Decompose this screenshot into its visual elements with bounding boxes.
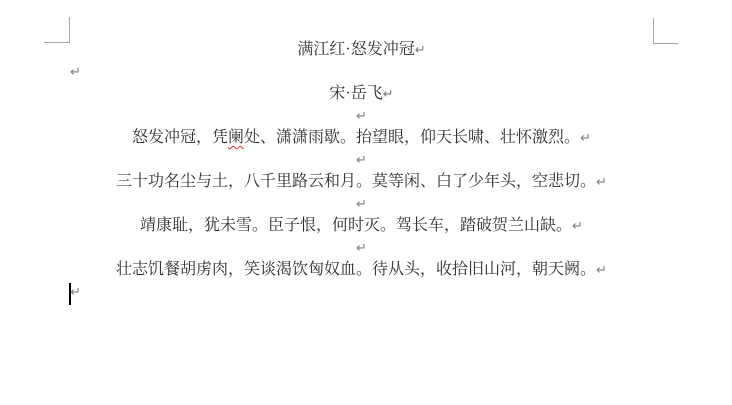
paragraph-mark-icon: ↵ [580, 131, 591, 146]
stanza1-text-post: 处、潇潇雨歇。抬望眼，仰天长啸、壮怀激烈。 [244, 129, 580, 146]
paragraph-mark-icon: ↵ [415, 43, 426, 58]
empty-paragraph[interactable]: ↵ [70, 237, 653, 259]
paragraph-mark-icon: ↵ [70, 65, 81, 80]
paragraph-mark-icon: ↵ [356, 241, 367, 256]
stanza1-text-pre: 怒发冲冠，凭 [132, 129, 228, 146]
paragraph-mark-icon: ↵ [356, 109, 367, 124]
paragraph-mark-icon: ↵ [383, 87, 394, 102]
title-paragraph[interactable]: 满江红·怒发冲冠↵ [70, 39, 653, 61]
empty-paragraph[interactable]: ↵ [70, 193, 653, 215]
stanza4-text: 壮志饥餐胡虏肉，笑谈渴饮匈奴血。待从头，收拾旧山河，朝天阙。 [116, 261, 596, 278]
paragraph-mark-icon: ↵ [596, 175, 607, 190]
paragraph-mark-icon: ↵ [356, 153, 367, 168]
text-boundary-mark-top-left-icon [44, 17, 70, 43]
document-text-area[interactable]: 满江红·怒发冲冠↵ ↵ 宋·岳飞↵ ↵ 怒发冲冠，凭阑处、潇潇雨歇。抬望眼，仰天… [70, 39, 653, 303]
stanza3-paragraph[interactable]: 靖康耻，犹未雪。臣子恨，何时灭。驾长车，踏破贺兰山缺。↵ [70, 215, 653, 237]
stanza1-paragraph[interactable]: 怒发冲冠，凭阑处、潇潇雨歇。抬望眼，仰天长啸、壮怀激烈。↵ [70, 127, 653, 149]
empty-paragraph[interactable]: ↵ [70, 105, 653, 127]
paragraph-mark-icon: ↵ [356, 197, 367, 212]
text-boundary-mark-top-right-icon [653, 18, 678, 44]
word-document-page: 满江红·怒发冲冠↵ ↵ 宋·岳飞↵ ↵ 怒发冲冠，凭阑处、潇潇雨歇。抬望眼，仰天… [0, 0, 732, 405]
stanza4-paragraph[interactable]: 壮志饥餐胡虏肉，笑谈渴饮匈奴血。待从头，收拾旧山河，朝天阙。↵ [70, 259, 653, 281]
stanza2-text: 三十功名尘与土，八千里路云和月。莫等闲、白了少年头，空悲切。 [116, 173, 596, 190]
document-author: 宋·岳飞 [329, 85, 382, 102]
author-paragraph[interactable]: 宋·岳飞↵ [70, 83, 653, 105]
empty-paragraph[interactable]: ↵ [70, 61, 653, 83]
stanza3-text: 靖康耻，犹未雪。臣子恨，何时灭。驾长车，踏破贺兰山缺。 [140, 217, 572, 234]
stanza2-paragraph[interactable]: 三十功名尘与土，八千里路云和月。莫等闲、白了少年头，空悲切。↵ [70, 171, 653, 193]
paragraph-mark-icon: ↵ [596, 263, 607, 278]
empty-paragraph[interactable]: ↵ [70, 149, 653, 171]
empty-paragraph-with-cursor[interactable]: ↵ [70, 281, 653, 303]
paragraph-mark-icon: ↵ [572, 219, 583, 234]
paragraph-mark-icon: ↵ [70, 285, 81, 300]
text-cursor [69, 283, 71, 305]
document-title: 满江红·怒发冲冠 [297, 41, 414, 58]
stanza1-spellcheck-flagged-word: 阑 [228, 129, 244, 146]
